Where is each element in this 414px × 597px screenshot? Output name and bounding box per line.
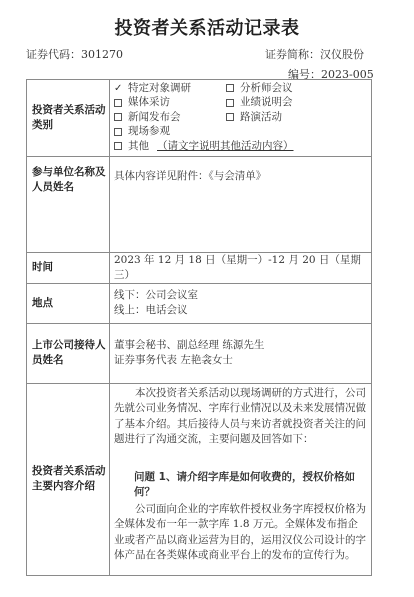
question-1: 问题 1、请介绍字库是如何收费的，授权价格如何？	[114, 470, 371, 500]
option-roadshow[interactable]: 路演活动	[226, 110, 338, 125]
option-site-visit[interactable]: 现场参观	[114, 124, 226, 139]
receptionist-2: 证券事务代表 左艳衾女士	[114, 353, 371, 368]
row-content: 投资者关系活动主要内容介绍 本次投资者关系活动以现场调研的方式进行，公司先就公司…	[27, 383, 372, 575]
security-code: 证券代码：301270	[26, 46, 123, 62]
location-offline: 线下：公司会议室	[114, 288, 371, 303]
activity-type-label: 投资者关系活动类别	[27, 80, 110, 157]
time-value: 2023 年 12 月 18 日（星期一）-12 月 20 日（星期三）	[110, 252, 372, 283]
row-location: 地点 线下：公司会议室 线上：电话会议	[27, 283, 372, 323]
option-specific-research[interactable]: ✓特定对象调研	[114, 81, 226, 96]
receptionists-value: 董事会秘书、副总经理 练源先生 证券事务代表 左艳衾女士	[110, 323, 372, 383]
option-other[interactable]: 其他（请文字说明其他活动内容）	[114, 139, 294, 154]
answer-1: 公司面向企业的字库软件授权业务字库授权价格为全媒体发布一年一款字库 1.8 万元…	[114, 502, 371, 564]
other-note: （请文字说明其他活动内容）	[157, 139, 294, 154]
option-press-conference[interactable]: 新闻发布会	[114, 110, 226, 125]
record-table: 投资者关系活动类别 ✓特定对象调研 分析师会议 媒体采访 业绩说明会 新闻发布会…	[26, 79, 372, 576]
receptionists-label: 上市公司接待人员姓名	[27, 323, 110, 383]
content-value: 本次投资者关系活动以现场调研的方式进行，公司先就公司业务情况、字库行业情况以及未…	[110, 383, 372, 575]
checkbox-icon	[226, 113, 234, 121]
checkbox-icon	[226, 99, 234, 107]
document-title: 投资者关系活动记录表	[0, 14, 414, 40]
checkbox-icon	[114, 99, 122, 107]
content-label: 投资者关系活动主要内容介绍	[27, 383, 110, 575]
location-online: 线上：电话会议	[114, 303, 371, 318]
security-abbreviation: 证券简称：汉仪股份	[265, 46, 364, 62]
time-label: 时间	[27, 252, 110, 283]
option-earnings-call[interactable]: 业绩说明会	[226, 95, 338, 110]
content-intro: 本次投资者关系活动以现场调研的方式进行，公司先就公司业务情况、字库行业情况以及未…	[114, 386, 371, 448]
participants-value: 具体内容详见附件：《与会清单》	[110, 156, 372, 252]
checkbox-icon	[114, 113, 122, 121]
checkmark-icon: ✓	[114, 81, 122, 96]
row-participants: 参与单位名称及人员姓名 具体内容详见附件：《与会清单》	[27, 156, 372, 252]
participants-label: 参与单位名称及人员姓名	[27, 156, 110, 252]
option-media-interview[interactable]: 媒体采访	[114, 95, 226, 110]
checkbox-icon	[114, 128, 122, 136]
checkbox-icon	[114, 142, 122, 150]
receptionist-1: 董事会秘书、副总经理 练源先生	[114, 338, 371, 353]
option-analyst-meeting[interactable]: 分析师会议	[226, 81, 338, 96]
row-time: 时间 2023 年 12 月 18 日（星期一）-12 月 20 日（星期三）	[27, 252, 372, 283]
row-activity-type: 投资者关系活动类别 ✓特定对象调研 分析师会议 媒体采访 业绩说明会 新闻发布会…	[27, 80, 372, 157]
location-label: 地点	[27, 283, 110, 323]
checkbox-icon	[226, 84, 234, 92]
location-value: 线下：公司会议室 线上：电话会议	[110, 283, 372, 323]
row-receptionists: 上市公司接待人员姓名 董事会秘书、副总经理 练源先生 证券事务代表 左艳衾女士	[27, 323, 372, 383]
activity-type-options: ✓特定对象调研 分析师会议 媒体采访 业绩说明会 新闻发布会 路演活动 现场参观…	[110, 80, 372, 157]
